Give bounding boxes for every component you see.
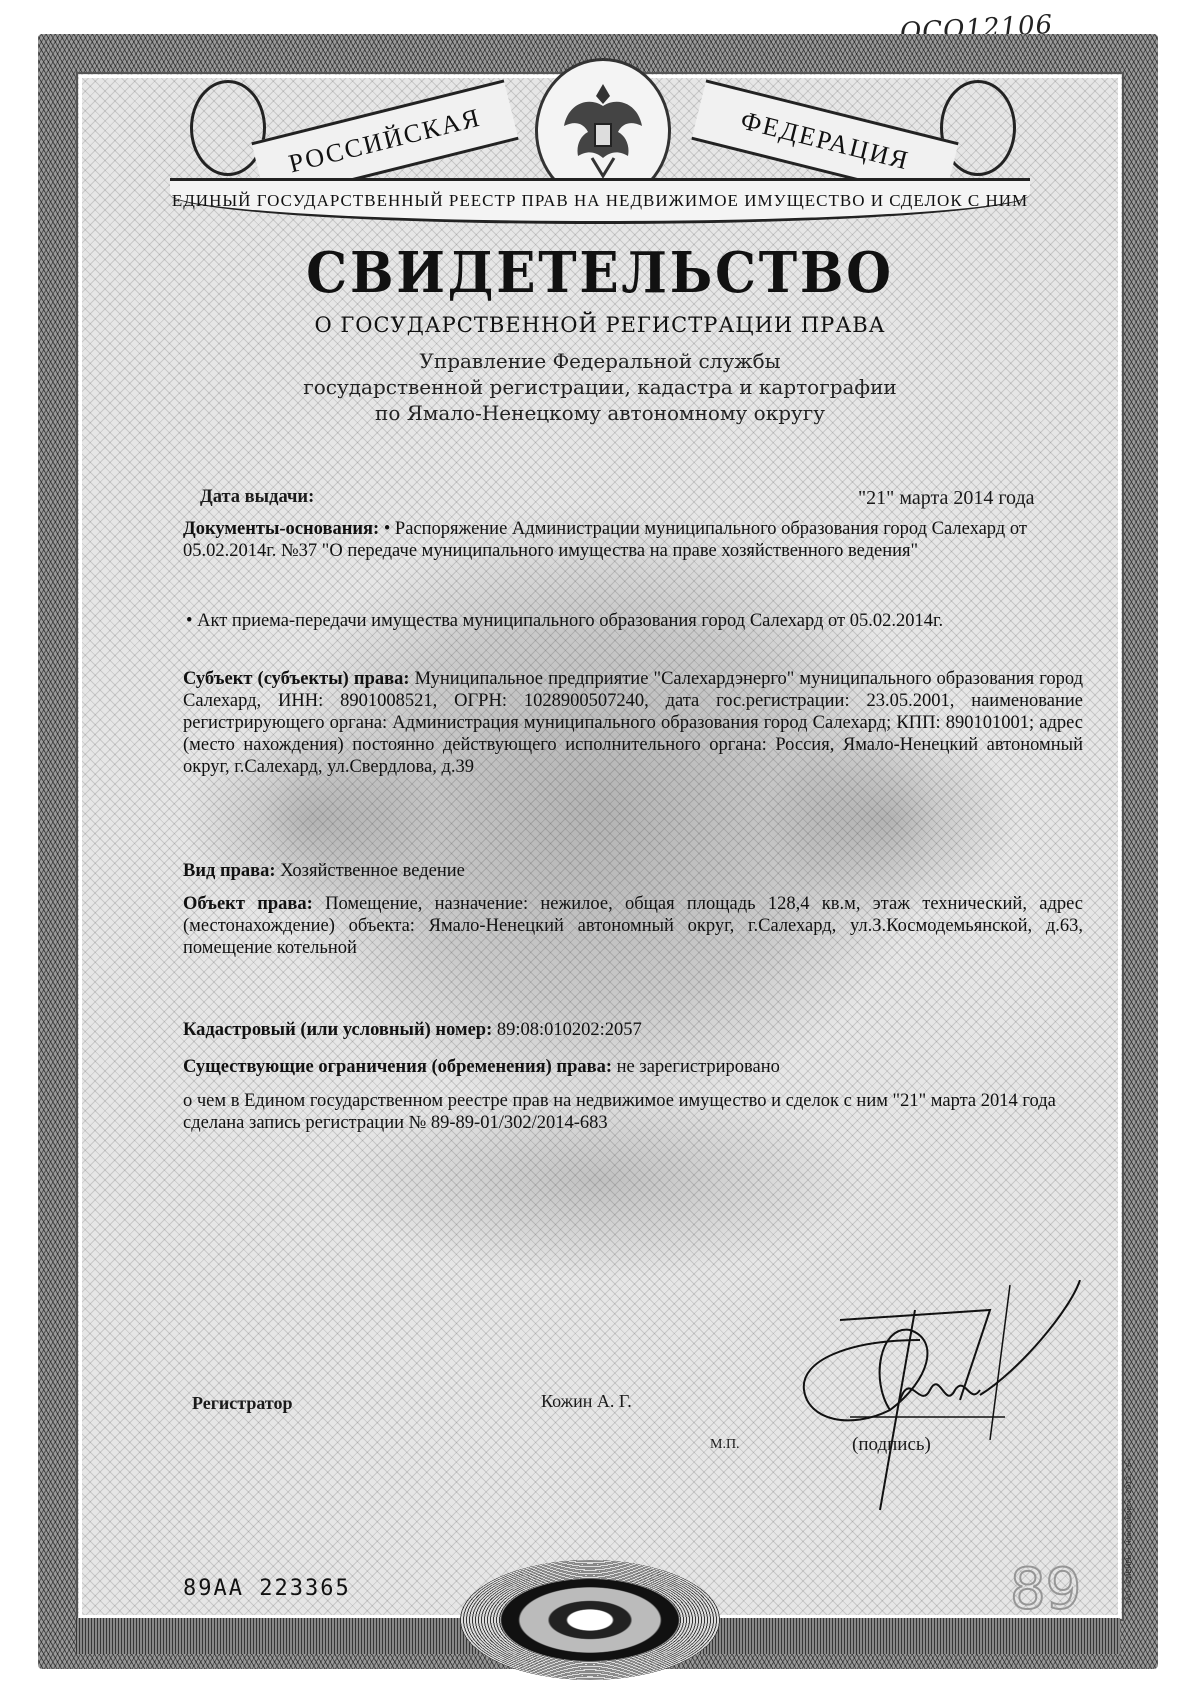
authority-line: Управление Федеральной службы [0,348,1200,374]
encumbrances: Существующие ограничения (обременения) п… [183,1056,1083,1078]
registry-record: о чем в Едином государственном реестре п… [183,1090,1083,1134]
issue-date-label: Дата выдачи: [200,487,314,508]
stamp-place-label: М.П. [710,1437,740,1453]
form-serial-number: 89АА 223365 [183,1576,351,1601]
cadastral-number-label: Кадастровый (или условный) номер: [183,1020,492,1040]
rosette-seal-icon [460,1560,720,1680]
certificate-header: РОССИЙСКАЯ ФЕДЕРАЦИЯ ЕДИНЫЙ ГОСУДАРСТВЕН… [150,50,1050,230]
cadastral-number: Кадастровый (или условный) номер: 89:08:… [183,1019,1083,1041]
right-type-label: Вид права: [183,861,276,881]
rights-holder-label: Субъект (субъекты) права: [183,669,410,689]
printer-imprint: ЗАО «СИБИРЬ», Новосибирск, 2012, «Б» [1125,1458,1133,1605]
scroll-curl-left [190,80,266,176]
right-type: Вид права: Хозяйственное ведение [183,860,1083,882]
right-type-value: Хозяйственное ведение [280,861,465,881]
rights-holder: Субъект (субъекты) права: Муниципальное … [183,668,1083,778]
basis-document-item-2: • Акт приема-передачи имущества муниципа… [186,610,1086,632]
rights-object: Объект права: Помещение, назначение: неж… [183,893,1083,959]
authority-line: государственной регистрации, кадастра и … [0,374,1200,400]
basis-documents: Документы-основания: • Распоряжение Адми… [183,518,1083,562]
issue-date-value: "21" марта 2014 года [858,487,1035,510]
rights-object-label: Объект права: [183,894,313,914]
rights-object-value: Помещение, назначение: нежилое, общая пл… [183,894,1083,958]
handwritten-signature [780,1280,1110,1520]
cadastral-number-value: 89:08:010202:2057 [497,1020,642,1040]
registrar-name: Кожин А. Г. [541,1391,632,1412]
encumbrances-label: Существующие ограничения (обременения) п… [183,1057,612,1077]
signature-label: (подпись) [852,1434,931,1456]
ribbon-registry-name: ЕДИНЫЙ ГОСУДАРСТВЕННЫЙ РЕЕСТР ПРАВ НА НЕ… [170,178,1030,224]
issuing-authority: Управление Федеральной службы государств… [0,348,1200,426]
registrar-label: Регистратор [192,1393,293,1414]
authority-line: по Ямало-Ненецкому автономному округу [0,400,1200,426]
document-subtitle: О ГОСУДАРСТВЕННОЙ РЕГИСТРАЦИИ ПРАВА [0,313,1200,337]
encumbrances-value: не зарегистрировано [617,1057,780,1077]
basis-documents-label: Документы-основания: [183,519,379,539]
document-title: СВИДЕТЕЛЬСТВО [48,240,1152,306]
region-code: 89 [1010,1557,1081,1622]
